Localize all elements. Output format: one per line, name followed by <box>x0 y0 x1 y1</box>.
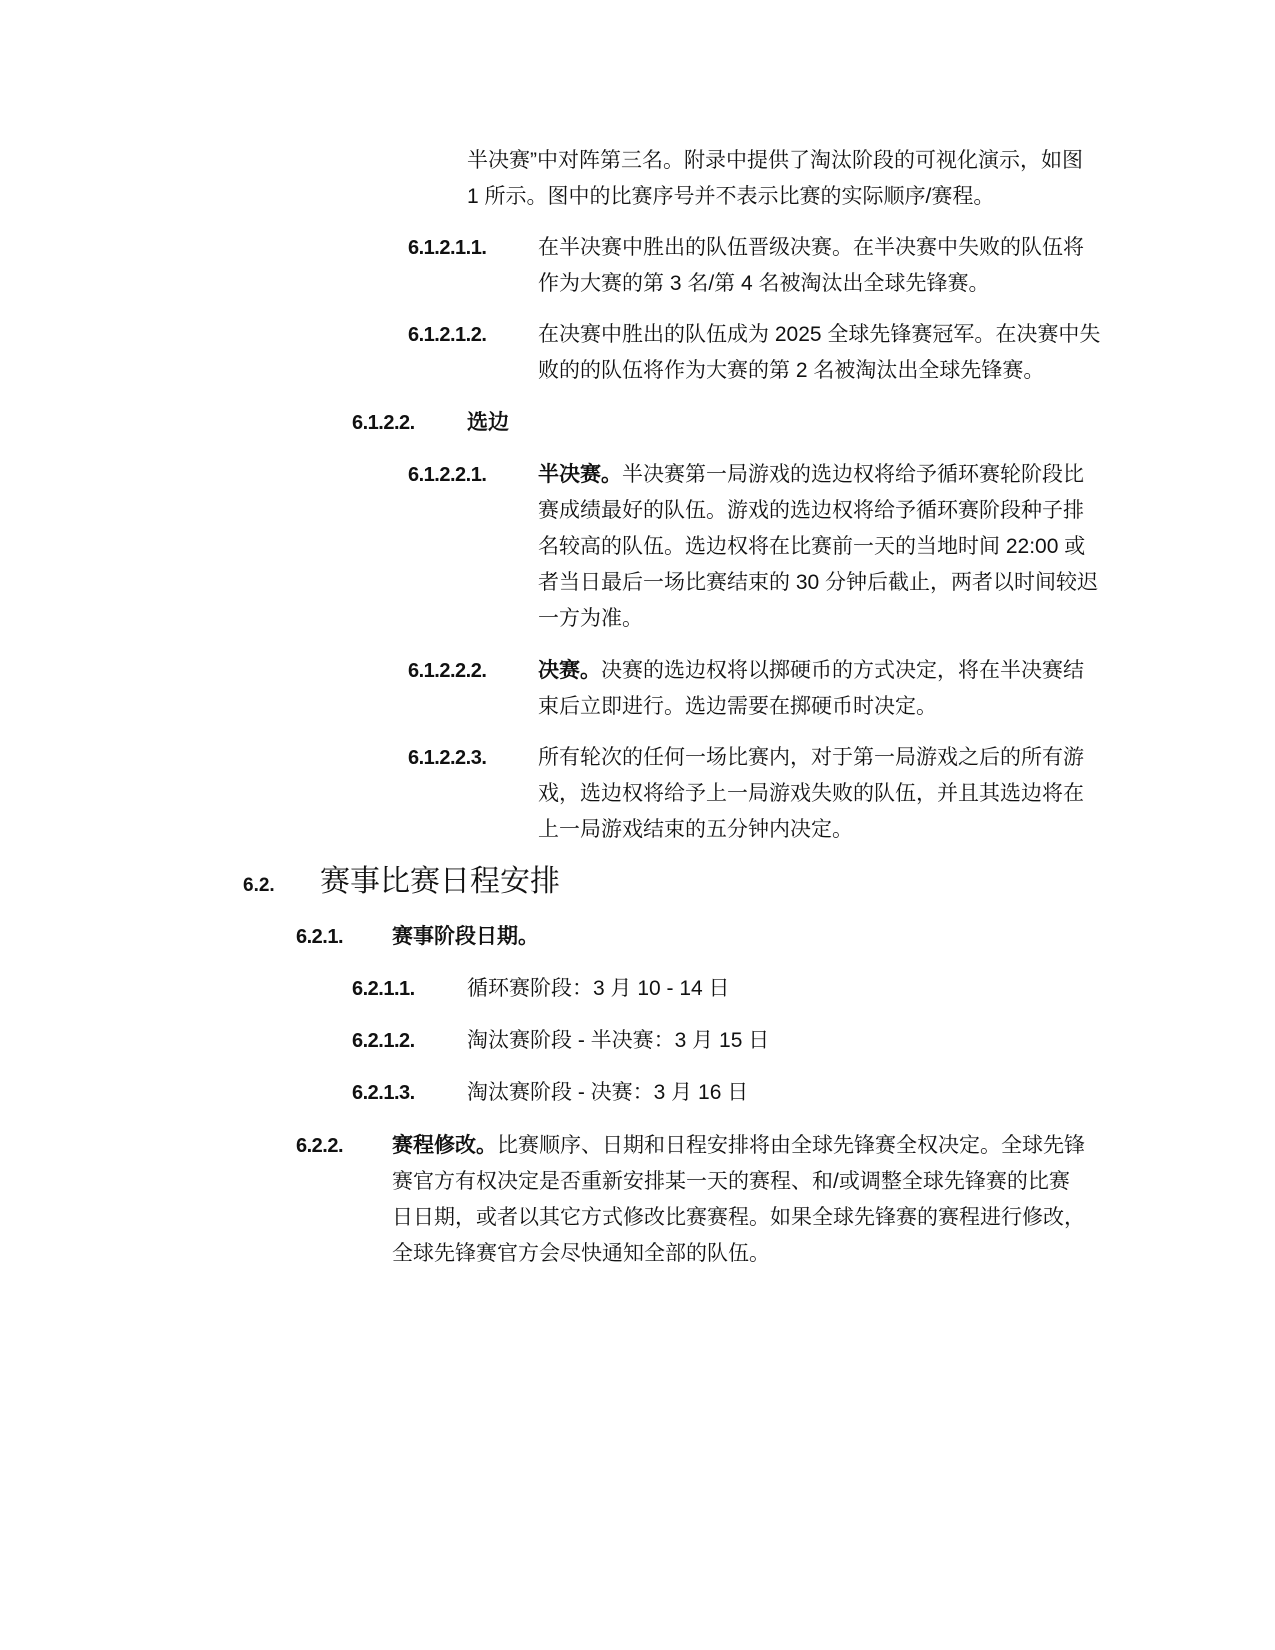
s6-1-2-1-1-line-2: 作为大赛的第 3 名/第 4 名被淘汰出全球先锋赛。 <box>538 269 990 299</box>
s6-1-2-2-1-line-5: 一方为准。 <box>538 604 643 634</box>
section-number-6-1-2-2-1: 6.1.2.2.1. <box>408 460 486 490</box>
section-number-6-1-2-2: 6.1.2.2. <box>352 408 415 438</box>
s6-1-2-2-3-line-1: 所有轮次的任何一场比赛内，对于第一局游戏之后的所有游 <box>538 743 1084 773</box>
s6-1-2-2-1-line-3: 名较高的队伍。选边权将在比赛前一天的当地时间 22:00 或 <box>538 532 1085 562</box>
s6-2-2-line-2: 赛官方有权决定是否重新安排某一天的赛程、和/或调整全球先锋赛的比赛 <box>392 1167 1070 1197</box>
s6-1-2-2-3-line-3: 上一局游戏结束的五分钟内决定。 <box>538 815 853 845</box>
intro-line-2: 1 所示。图中的比赛序号并不表示比赛的实际顺序/赛程。 <box>467 182 994 212</box>
s6-2-1-2-text: 淘汰赛阶段 - 半决赛：3 月 15 日 <box>467 1026 769 1056</box>
section-number-6-2-1-3: 6.2.1.3. <box>352 1078 415 1108</box>
section-number-6-2-1: 6.2.1. <box>296 922 343 952</box>
section-title-6-2-1: 赛事阶段日期。 <box>392 922 539 952</box>
s6-1-2-1-1-line-1: 在半决赛中胜出的队伍晋级决赛。在半决赛中失败的队伍将 <box>538 233 1084 263</box>
section-title-6-2: 赛事比赛日程安排 <box>320 862 560 902</box>
section-number-6-1-2-1-1: 6.1.2.1.1. <box>408 233 486 263</box>
s6-1-2-2-1-line-4: 者当日最后一场比赛结束的 30 分钟后截止，两者以时间较迟 <box>538 568 1098 598</box>
section-number-6-1-2-2-2: 6.1.2.2.2. <box>408 656 486 686</box>
s6-2-1-1-text: 循环赛阶段：3 月 10 - 14 日 <box>467 974 730 1004</box>
s6-1-2-1-2-line-2: 败的的队伍将作为大赛的第 2 名被淘汰出全球先锋赛。 <box>538 356 1044 386</box>
s6-2-2-line-1-rest: 比赛顺序、日期和日程安排将由全球先锋赛全权决定。全球先锋 <box>497 1134 1085 1157</box>
s6-2-1-3-text: 淘汰赛阶段 - 决赛：3 月 16 日 <box>467 1078 748 1108</box>
s6-1-2-2-2-line-2: 束后立即进行。选边需要在掷硬币时决定。 <box>538 692 937 722</box>
s6-1-2-2-1-line-1: 半决赛。半决赛第一局游戏的选边权将给予循环赛轮阶段比 <box>538 460 1084 490</box>
s6-1-2-2-2-line-1-rest: 决赛的选边权将以掷硬币的方式决定，将在半决赛结 <box>601 659 1084 682</box>
s6-1-2-2-2-lead: 决赛。 <box>538 659 601 682</box>
intro-line-1: 半决赛”中对阵第三名。附录中提供了淘汰阶段的可视化演示，如图 <box>467 146 1083 176</box>
section-number-6-2-2: 6.2.2. <box>296 1131 343 1161</box>
section-number-6-1-2-1-2: 6.1.2.1.2. <box>408 320 486 350</box>
section-number-6-2-1-2: 6.2.1.2. <box>352 1026 415 1056</box>
section-number-6-2: 6.2. <box>243 866 275 906</box>
s6-1-2-2-2-line-1: 决赛。决赛的选边权将以掷硬币的方式决定，将在半决赛结 <box>538 656 1084 686</box>
s6-1-2-2-1-line-1-rest: 半决赛第一局游戏的选边权将给予循环赛轮阶段比 <box>622 463 1084 486</box>
s6-2-2-line-3: 日日期，或者以其它方式修改比赛赛程。如果全球先锋赛的赛程进行修改， <box>392 1203 1085 1233</box>
s6-1-2-2-3-line-2: 戏，选边权将给予上一局游戏失败的队伍，并且其选边将在 <box>538 779 1084 809</box>
s6-1-2-1-2-line-1: 在决赛中胜出的队伍成为 2025 全球先锋赛冠军。在决赛中失 <box>538 320 1100 350</box>
section-number-6-2-1-1: 6.2.1.1. <box>352 974 415 1004</box>
section-title-6-1-2-2: 选边 <box>467 408 509 438</box>
s6-2-2-line-1: 赛程修改。比赛顺序、日期和日程安排将由全球先锋赛全权决定。全球先锋 <box>392 1131 1085 1161</box>
s6-1-2-2-1-lead: 半决赛。 <box>538 463 622 486</box>
s6-1-2-2-1-line-2: 赛成绩最好的队伍。游戏的选边权将给予循环赛阶段种子排 <box>538 496 1084 526</box>
section-number-6-1-2-2-3: 6.1.2.2.3. <box>408 743 486 773</box>
s6-2-2-line-4: 全球先锋赛官方会尽快通知全部的队伍。 <box>392 1239 770 1269</box>
s6-2-2-lead: 赛程修改。 <box>392 1134 497 1157</box>
